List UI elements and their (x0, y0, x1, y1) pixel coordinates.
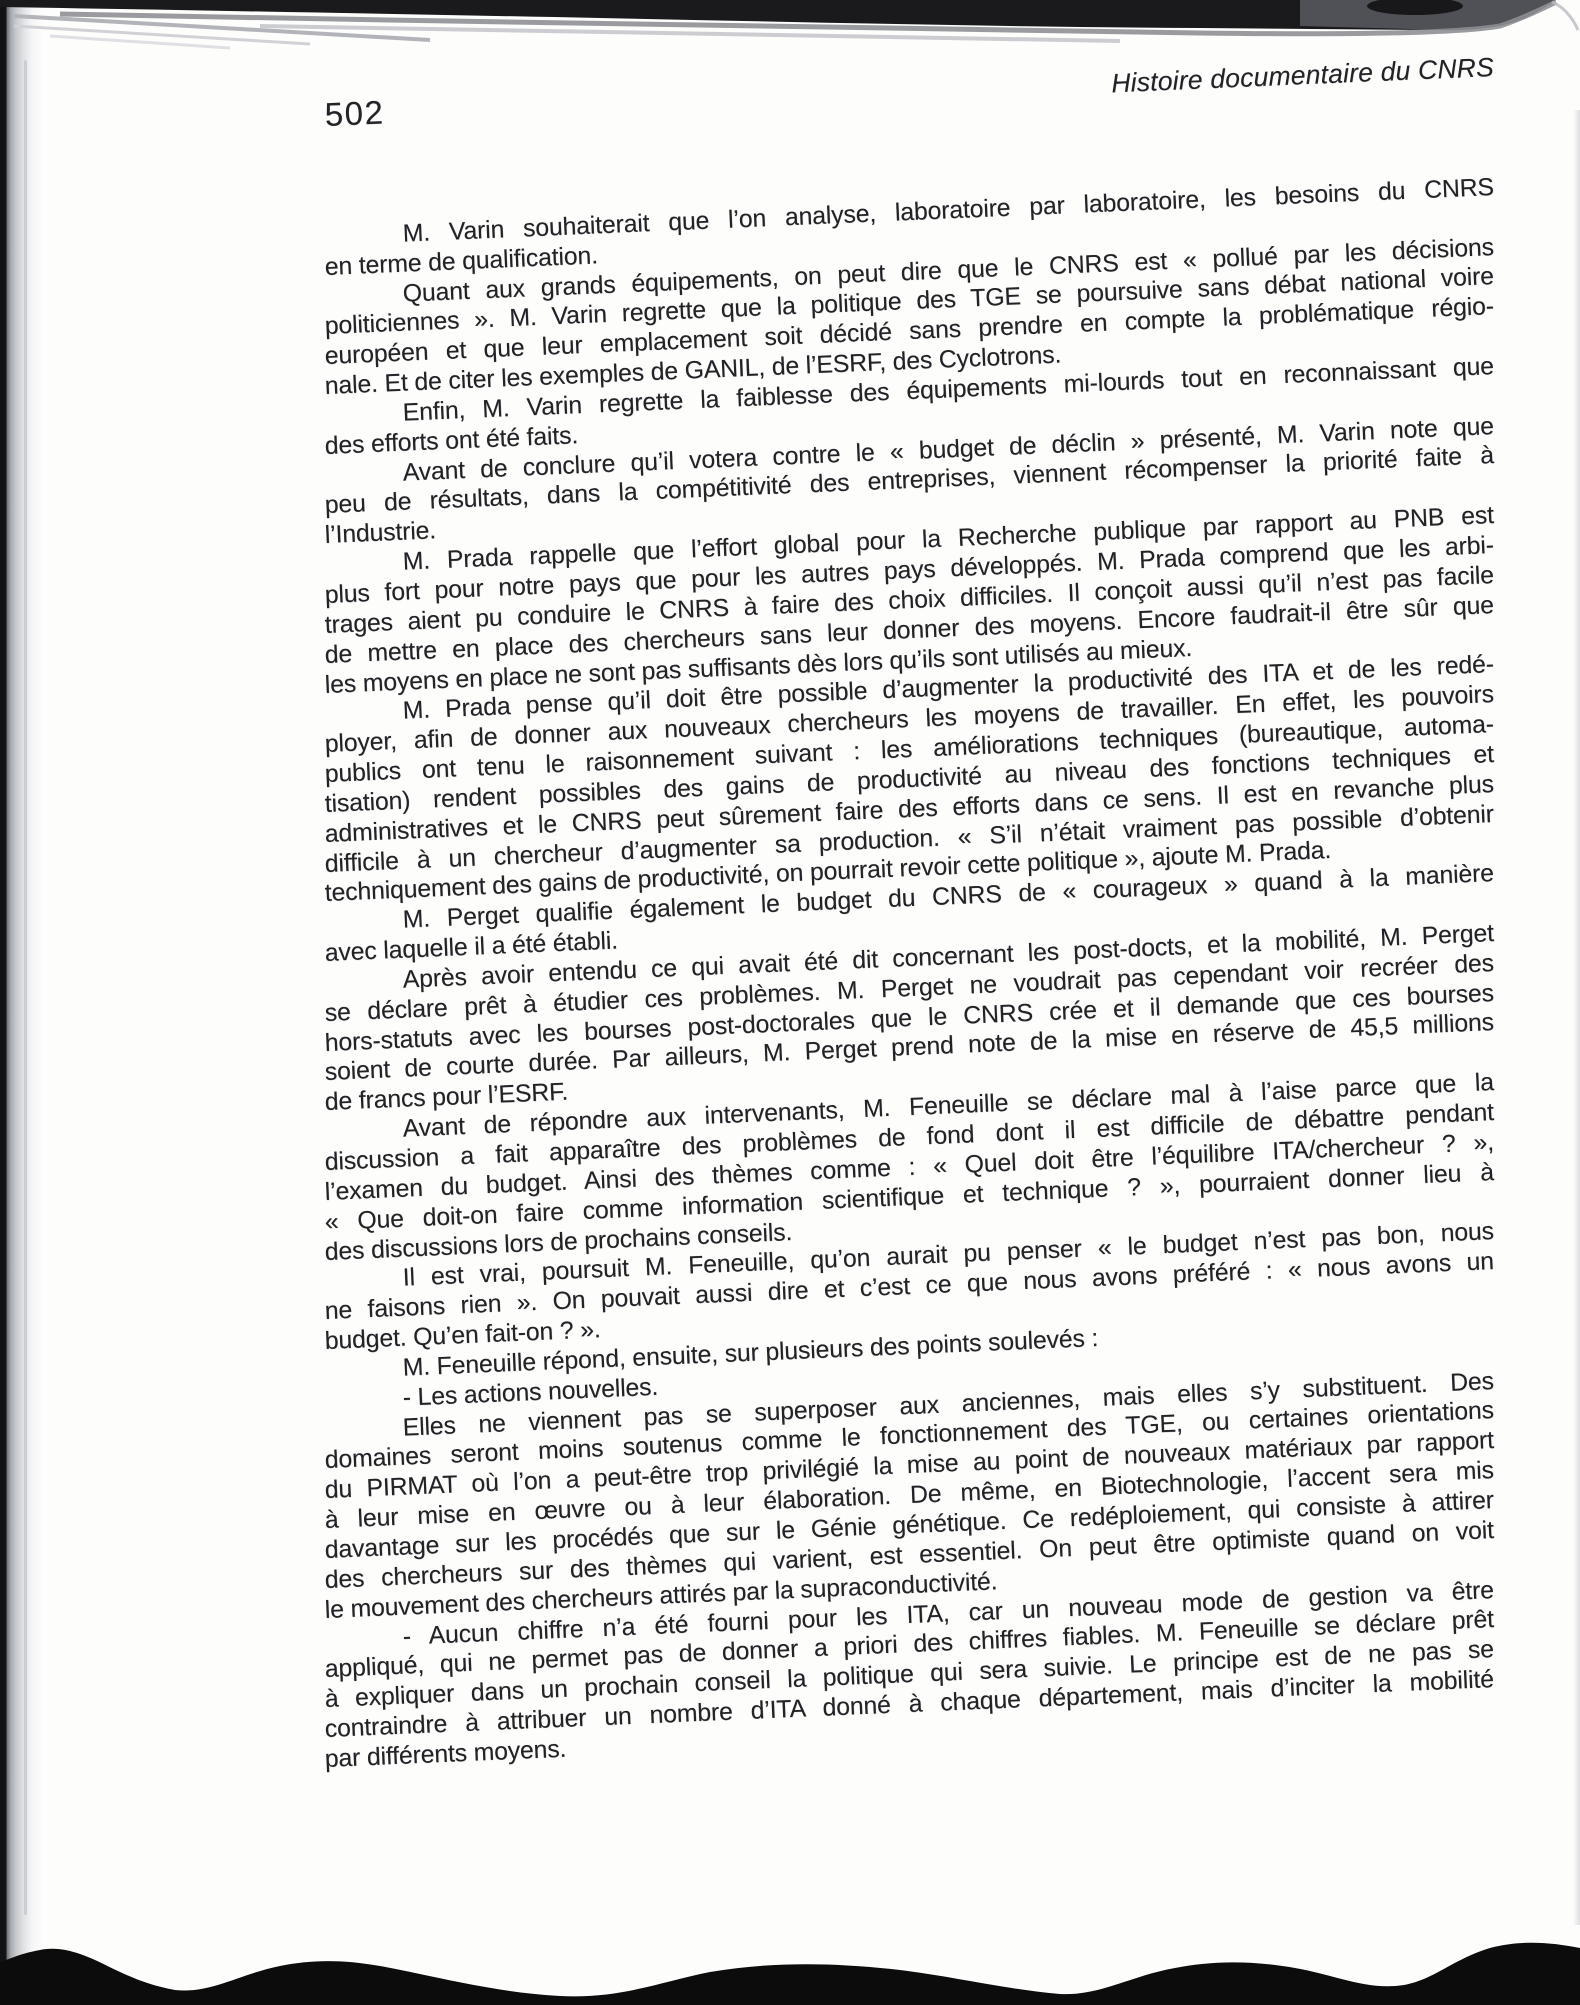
corner-curve (1552, 2, 1578, 30)
page-edge-right (1573, 110, 1580, 1925)
bottom-wave (0, 1943, 1580, 2005)
scanned-book-page: 502 Histoire documentaire du CNRS M. Var… (0, 0, 1580, 2005)
body-text: M. Varin souhaiterait que l’on analyse, … (325, 223, 1495, 1775)
page-edge-line (24, 60, 27, 1915)
page-content: 502 Histoire documentaire du CNRS M. Var… (325, 100, 1495, 1775)
book-edge-left (0, 0, 44, 2005)
scanner-edge-bottom (0, 1930, 1580, 2005)
page-number: 502 (324, 97, 385, 129)
